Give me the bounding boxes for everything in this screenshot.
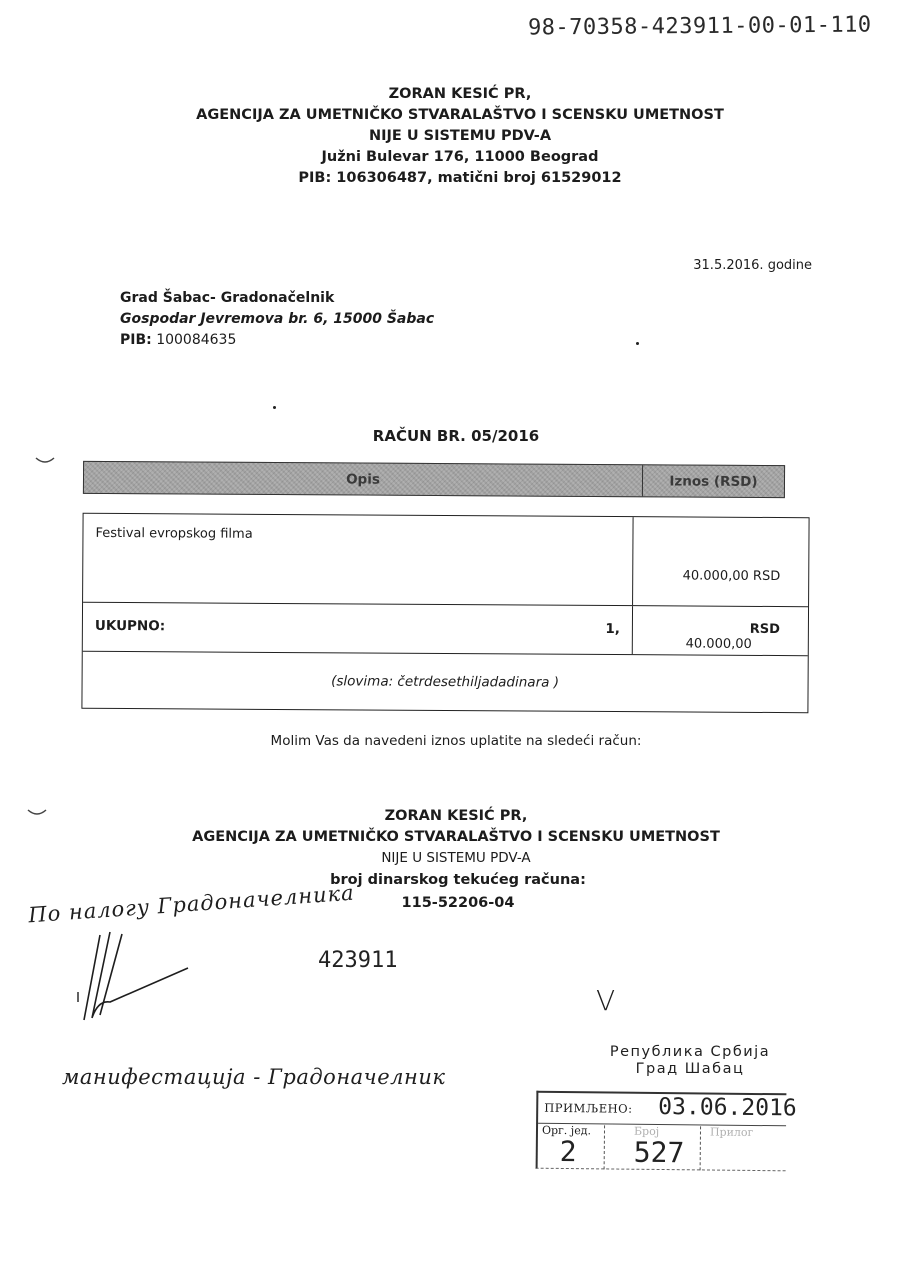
payee-block: ZORAN KESIĆ PR, AGENCIJA ZA UMETNIČKO ST… [6,806,900,869]
total-quantity: 1, [605,621,620,637]
stamp-received-date: 03.06.2016 [658,1094,797,1121]
stamp-divider [700,1126,701,1170]
payment-request: Molim Vas da navedeni iznos uplatite na … [6,733,900,749]
amount-in-words-row: (slovima: četrdesethiljadadinara ) [82,652,807,712]
amount-in-words: (slovima: četrdesethiljadadinara ) [331,673,559,690]
table-row: Festival evropskog filma 40.000,00 RSD [83,514,809,607]
handwritten-number: 423911 [318,948,397,973]
stamp-city: Град Шабац [560,1061,820,1078]
handwritten-reference-number: 98-70358-423911-00-01-110 [528,13,872,41]
payee-vat-status: NIJE U SISTEMU PDV-A [6,848,900,869]
total-amount-value: 40.000,00 [686,636,752,651]
signature-icon [70,930,200,1030]
column-header-description: Opis [84,462,643,496]
issuer-name: ZORAN KESIĆ PR, [10,84,900,105]
recipient-pib-label: PIB: [120,332,152,348]
handwritten-checkmark: V [596,984,615,1017]
payee-agency: AGENCIJA ZA UMETNIČKO STVARALAŠTVO I SCE… [6,827,900,848]
issuer-agency: AGENCIJA ZA UMETNIČKO STVARALAŠTVO I SCE… [10,105,900,126]
stamp-header: Република Србија Град Шабац [560,1044,820,1078]
item-description: Festival evropskog filma [95,526,252,542]
stamp-country: Република Србија [560,1044,820,1061]
issuer-vat-status: NIJE U SISTEMU PDV-A [10,126,900,147]
handwritten-manifestation-note: манифестација - Градоначелник [62,1065,445,1089]
receipt-stamp: ПРИМЉЕНО: 03.06.2016 Орг. јед. Број Прил… [536,1091,787,1172]
payee-name: ZORAN KESIĆ PR, [6,806,900,827]
invoice-date: 31.5.2016. godine [693,258,812,273]
invoice-table-header: Opis Iznos (RSD) [83,461,785,498]
stamp-attachment-label: Прилог [710,1126,753,1139]
recipient-block: Grad Šabac- Gradonačelnik Gospodar Jevre… [120,288,434,351]
recipient-pib-value: 100084635 [156,332,236,348]
account-label: broj dinarskog tekućeg računa: [8,869,900,892]
issuer-header: ZORAN KESIĆ PR, AGENCIJA ZA UMETNIČKO ST… [10,84,900,189]
invoice-title: RAČUN BR. 05/2016 [6,427,900,445]
stamp-received-label: ПРИМЉЕНО: [544,1101,632,1116]
total-amount-currency: RSD [750,622,780,637]
total-label: UKUPNO: [95,618,165,634]
total-amount: 40.000,00 RSD [750,622,780,637]
column-header-amount: Iznos (RSD) [643,465,784,497]
recipient-address: Gospodar Jevremova br. 6, 15000 Šabac [120,309,434,330]
recipient-name: Grad Šabac- Gradonačelnik [120,288,434,309]
issuer-ids: PIB: 106306487, matični broj 61529012 [10,168,900,189]
item-amount: 40.000,00 RSD [683,568,781,584]
total-row: UKUPNO: 1, 40.000,00 RSD [83,603,808,656]
stamp-divider [604,1125,605,1169]
issuer-address: Južni Bulevar 176, 11000 Beograd [10,147,900,168]
punch-hole-mark-icon [34,456,56,466]
scan-speck [636,342,639,345]
stamp-org-unit-value: 2 [560,1135,577,1168]
stamp-number-value: 527 [634,1136,685,1170]
scan-speck [273,406,276,409]
invoice-table: Festival evropskog filma 40.000,00 RSD U… [81,513,809,713]
